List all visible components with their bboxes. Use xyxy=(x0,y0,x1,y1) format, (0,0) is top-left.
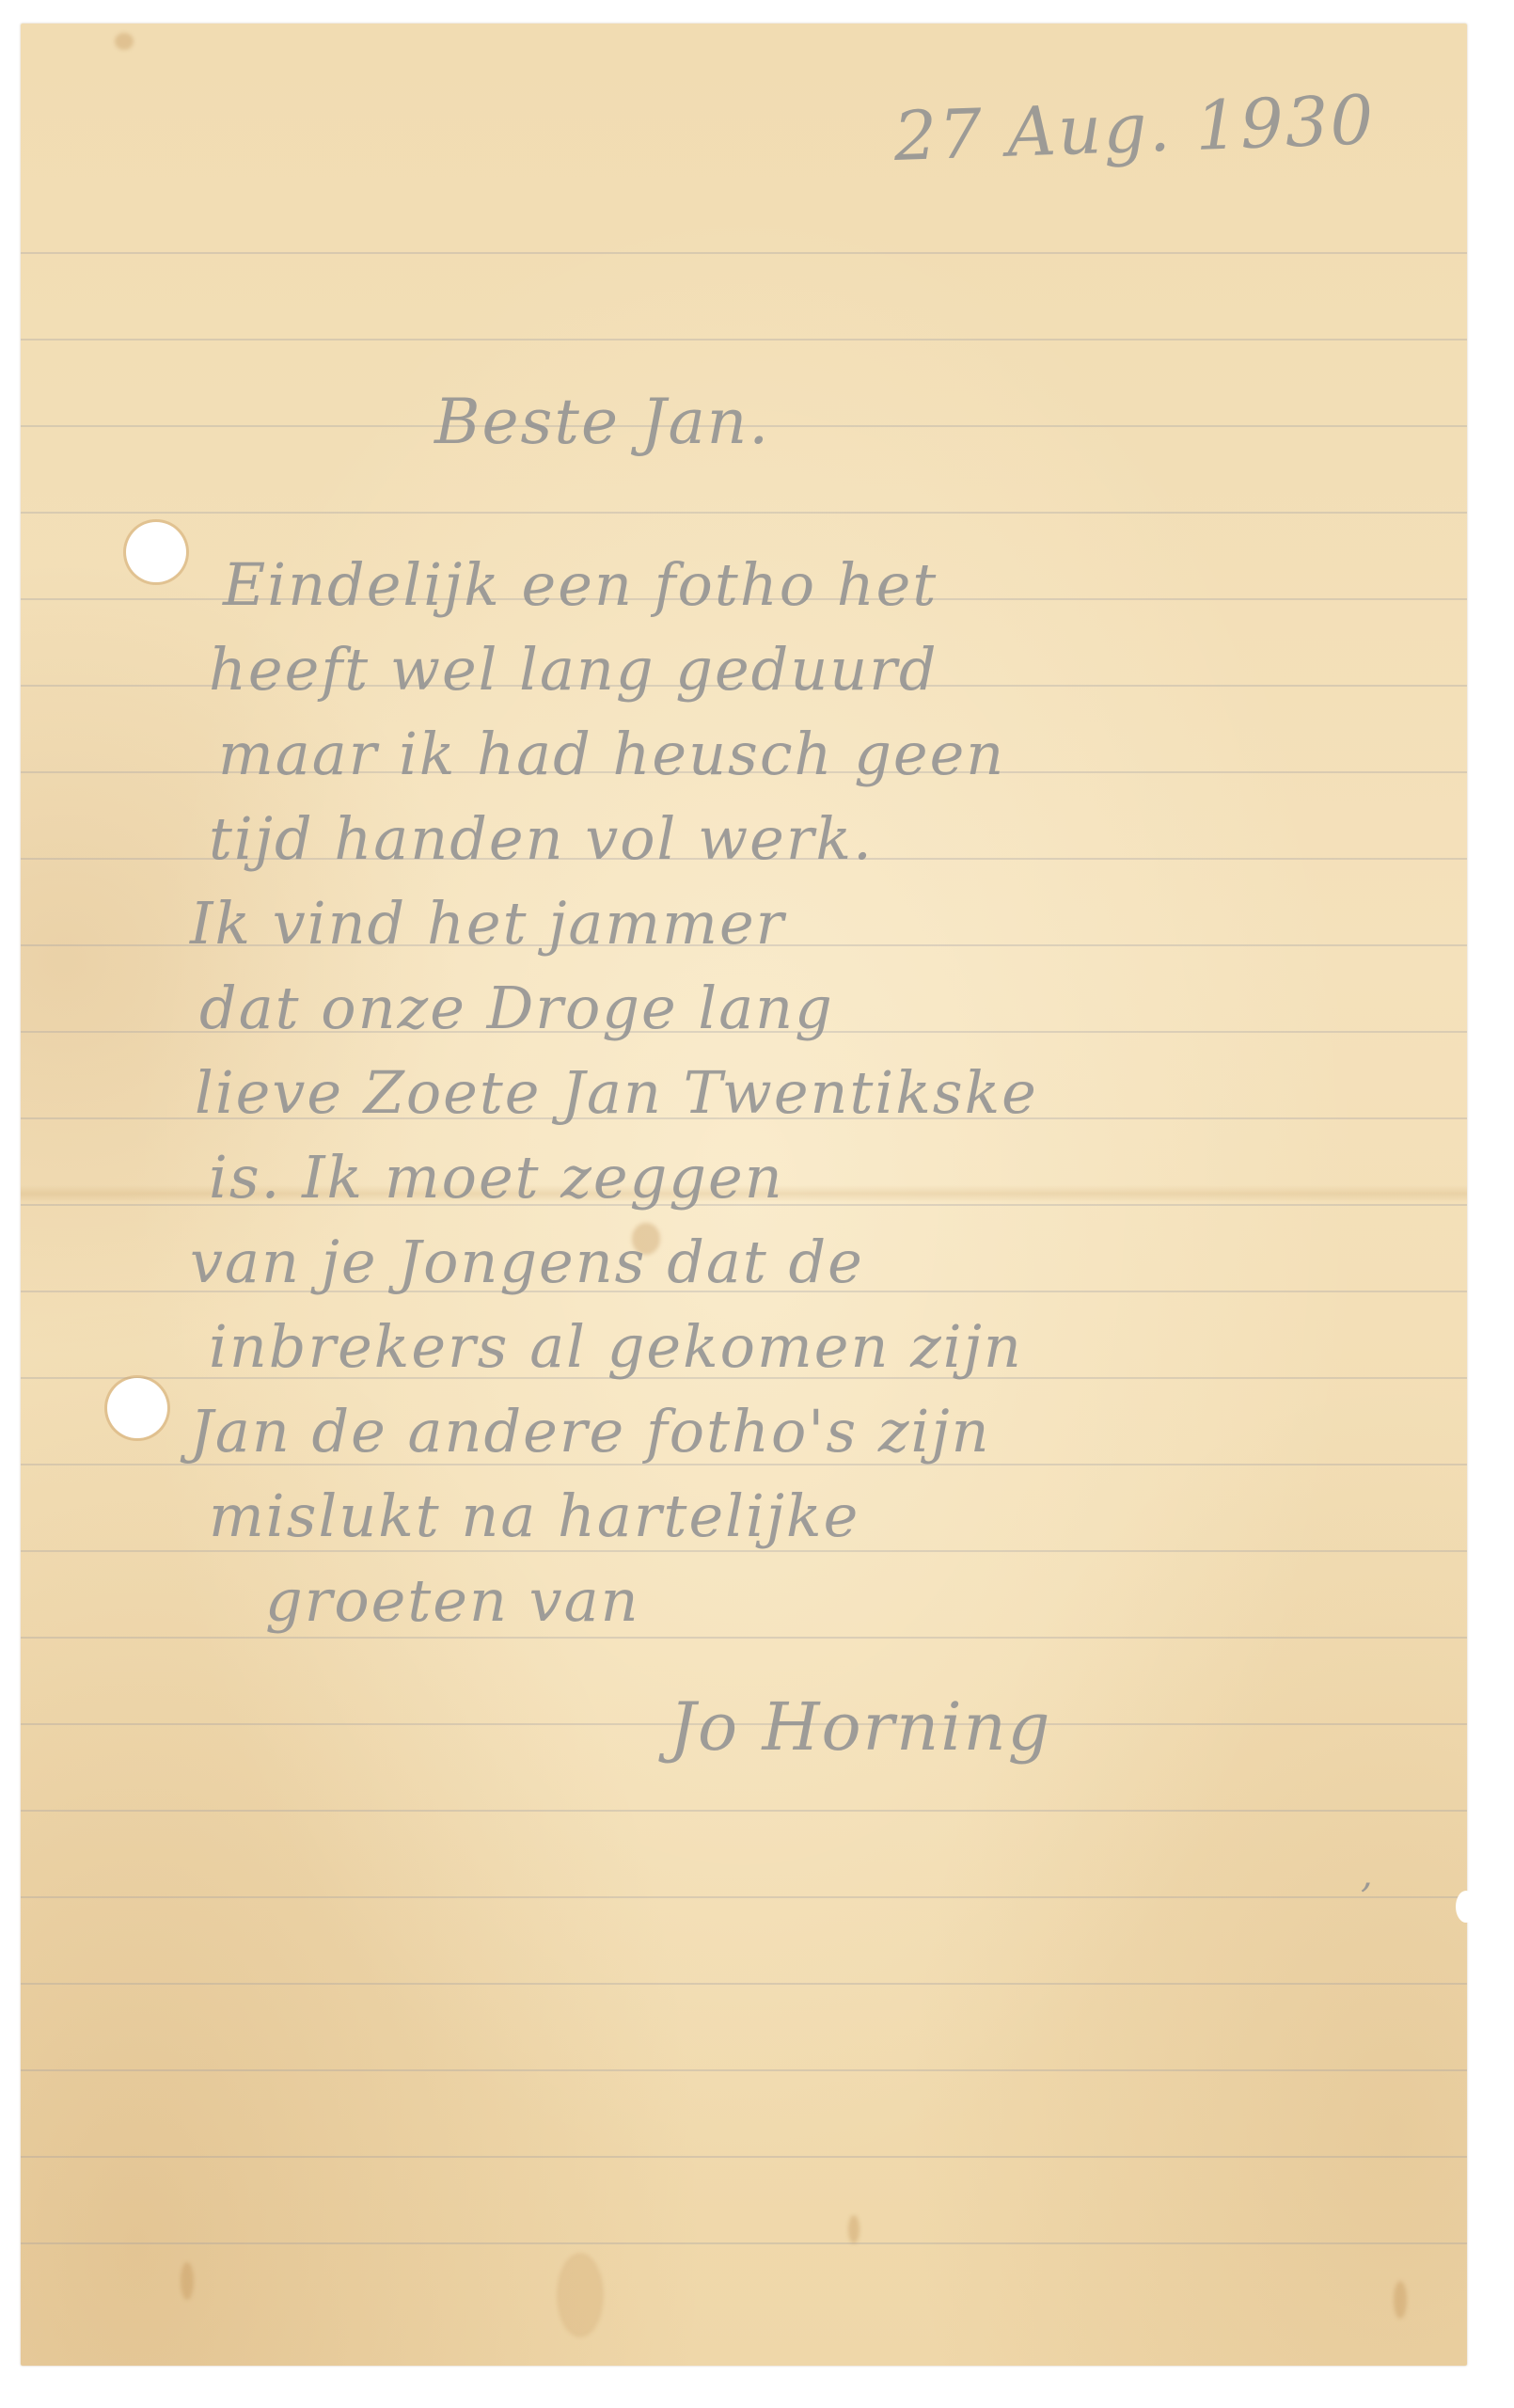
paper-stain xyxy=(557,2253,604,2337)
letter-line: tijd handen vol werk. xyxy=(209,804,874,873)
letter-line: maar ik had heusch geen xyxy=(218,720,1005,788)
letter-line: Ik vind het jammer xyxy=(190,889,785,958)
edge-tear xyxy=(1456,1891,1476,1923)
letter-date: 27 Aug. 1930 xyxy=(892,80,1377,176)
letter-line: inbrekers al gekomen zijn xyxy=(209,1312,1023,1381)
paper-stain xyxy=(848,2215,860,2243)
paper-stain xyxy=(181,2262,194,2300)
paper-stain xyxy=(115,33,134,50)
rule-line xyxy=(21,2242,1467,2244)
rule-line xyxy=(21,2069,1467,2071)
rule-line xyxy=(21,339,1467,341)
punch-hole-bottom xyxy=(107,1378,167,1438)
rule-line xyxy=(21,1637,1467,1639)
letter-line: lieve Zoete Jan Twentikske xyxy=(195,1058,1038,1127)
letter-line: mislukt na hartelijke xyxy=(209,1481,860,1550)
rule-line xyxy=(21,1896,1467,1898)
letter-line: Eindelijk een fotho het xyxy=(223,550,938,619)
letter-line: is. Ik moet zeggen xyxy=(209,1143,784,1212)
paper-stain xyxy=(1394,2281,1407,2319)
stray-pencil-mark: , xyxy=(1361,1853,1375,1896)
punch-hole-top xyxy=(126,522,186,582)
letter-line: van je Jongens dat de xyxy=(190,1228,864,1296)
letter-line: groeten van xyxy=(265,1566,640,1635)
rule-line xyxy=(21,1810,1467,1812)
letter-line: Jan de andere fotho's zijn xyxy=(190,1397,991,1465)
letter-line: heeft wel lang geduurd xyxy=(209,635,938,704)
letter-line: dat onze Droge lang xyxy=(199,974,834,1042)
letter-greeting: Beste Jan. xyxy=(434,386,770,458)
rule-line xyxy=(21,1983,1467,1985)
rule-line xyxy=(21,252,1467,254)
rule-line xyxy=(21,2156,1467,2158)
rule-line xyxy=(21,1550,1467,1552)
letter-signature: Jo Horning xyxy=(670,1688,1051,1766)
letter-paper: 27 Aug. 1930 Beste Jan. Eindelijk een fo… xyxy=(21,24,1467,2366)
rule-line xyxy=(21,512,1467,514)
